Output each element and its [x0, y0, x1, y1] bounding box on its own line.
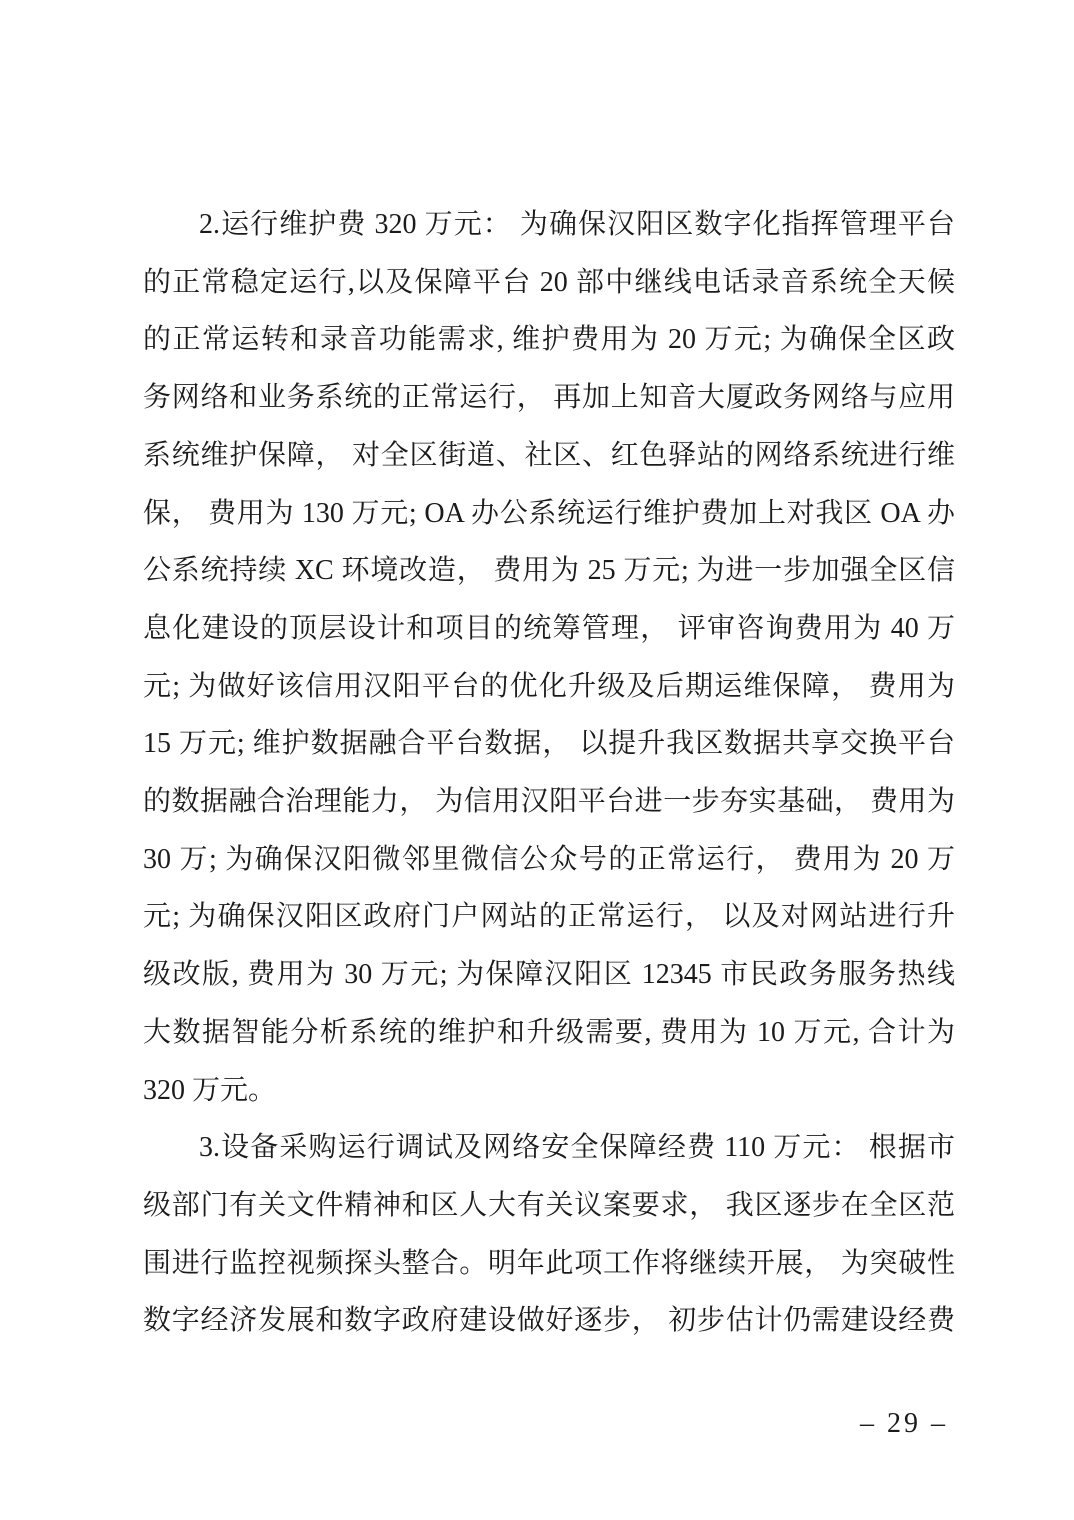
text-line: 15 万元; 维护数据融合平台数据， 以提升我区数据共享交换平台 — [143, 715, 955, 773]
text-line: 保， 费用为 130 万元; OA 办公系统运行维护费加上对我区 OA 办 — [143, 485, 955, 543]
text-line: 级改版, 费用为 30 万元; 为保障汉阳区 12345 市民政务服务热线 — [143, 946, 955, 1004]
text-line: 的正常运转和录音功能需求, 维护费用为 20 万元; 为确保全区政 — [143, 311, 955, 369]
text-line: 30 万; 为确保汉阳微邻里微信公众号的正常运行， 费用为 20 万 — [143, 831, 955, 889]
document-page: 2.运行维护费 320 万元： 为确保汉阳区数字化指挥管理平台 的正常稳定运行,… — [0, 0, 1074, 1520]
paragraph-equipment-procurement-network-security: 3.设备采购运行调试及网络安全保障经费 110 万元： 根据市 级部门有关文件精… — [143, 1119, 955, 1350]
page-number: – 29 – — [860, 1404, 948, 1444]
text-line: 务网络和业务系统的正常运行， 再加上知音大厦政务网络与应用 — [143, 369, 955, 427]
text-line: 3.设备采购运行调试及网络安全保障经费 110 万元： 根据市 — [143, 1119, 955, 1177]
text-line: 320 万元。 — [143, 1062, 955, 1120]
text-line: 大数据智能分析系统的维护和升级需要, 费用为 10 万元, 合计为 — [143, 1004, 955, 1062]
text-line: 级部门有关文件精神和区人大有关议案要求， 我区逐步在全区范 — [143, 1177, 955, 1235]
text-line: 公系统持续 XC 环境改造， 费用为 25 万元; 为进一步加强全区信 — [143, 542, 955, 600]
text-line: 息化建设的顶层设计和项目的统筹管理， 评审咨询费用为 40 万 — [143, 600, 955, 658]
text-line: 数字经济发展和数字政府建设做好逐步， 初步估计仍需建设经费 — [143, 1292, 955, 1350]
text-line: 的正常稳定运行,以及保障平台 20 部中继线电话录音系统全天候 — [143, 254, 955, 312]
document-body: 2.运行维护费 320 万元： 为确保汉阳区数字化指挥管理平台 的正常稳定运行,… — [143, 196, 955, 1350]
text-line: 2.运行维护费 320 万元： 为确保汉阳区数字化指挥管理平台 — [143, 196, 955, 254]
paragraph-operation-maintenance-fee: 2.运行维护费 320 万元： 为确保汉阳区数字化指挥管理平台 的正常稳定运行,… — [143, 196, 955, 1119]
text-line: 元; 为做好该信用汉阳平台的优化升级及后期运维保障， 费用为 — [143, 658, 955, 716]
text-line: 围进行监控视频探头整合。明年此项工作将继续开展， 为突破性 — [143, 1235, 955, 1293]
text-line: 系统维护保障， 对全区街道、社区、红色驿站的网络系统进行维 — [143, 427, 955, 485]
text-line: 元; 为确保汉阳区政府门户网站的正常运行， 以及对网站进行升 — [143, 888, 955, 946]
text-line: 的数据融合治理能力， 为信用汉阳平台进一步夯实基础， 费用为 — [143, 773, 955, 831]
